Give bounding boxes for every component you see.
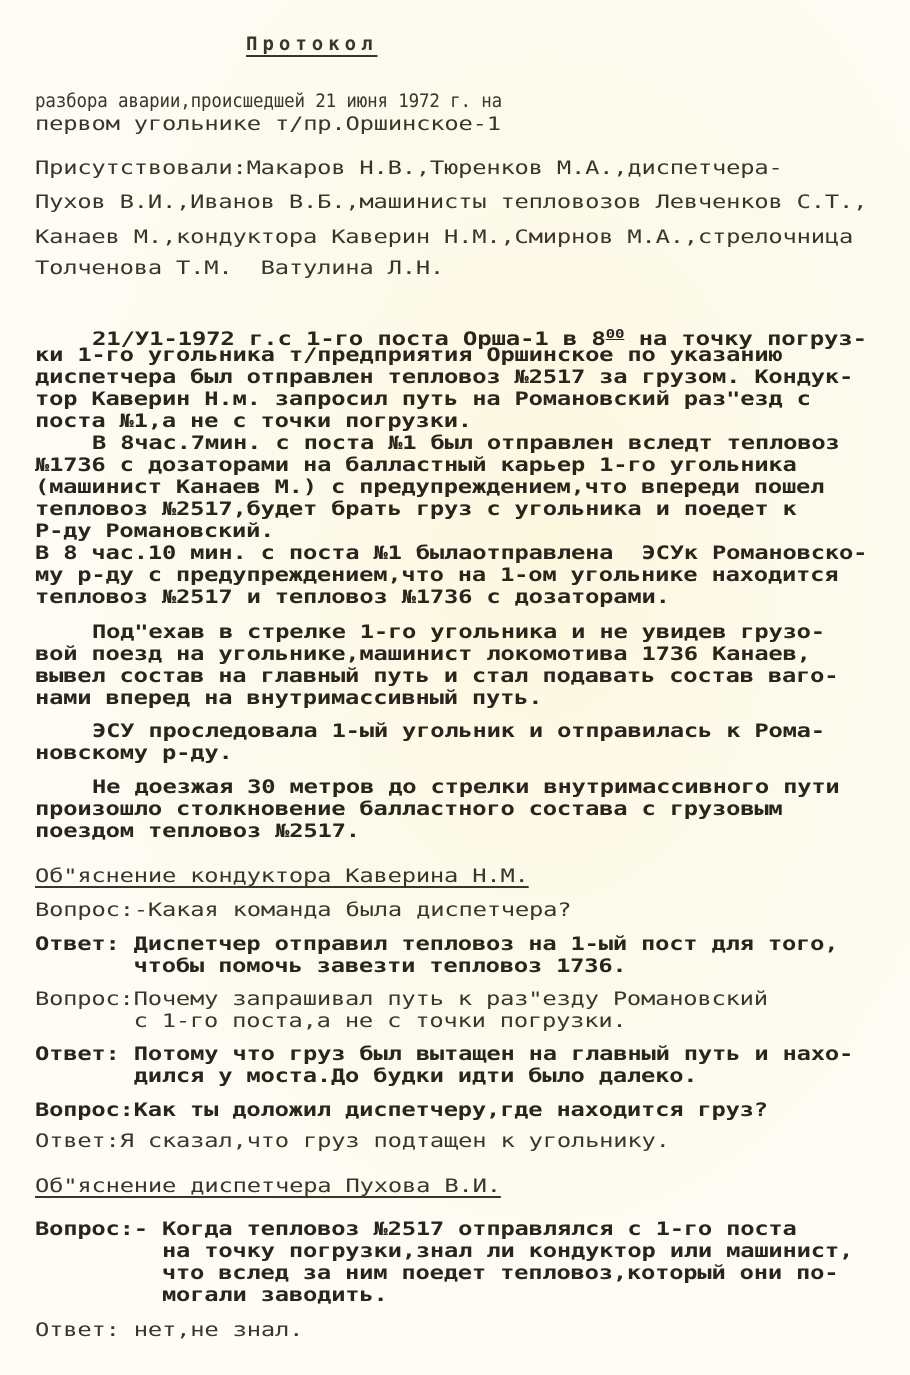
present-line-3: Канаев М.,кондуктора Каверин Н.М.,Смирно… [35,227,853,249]
narrative-p4-line-1: Под"ехав в стрелке 1-го угольника и не у… [92,622,825,644]
qa-answer-3: Ответ:Я сказал,что груз подтащен к уголь… [35,1131,670,1153]
narrative-p5-line-2: новскому р-ду. [35,743,233,765]
qa-answer-2-line-2: дился у моста.До будки идти было далеко. [35,1066,697,1088]
narrative-p2-line-1: В 8час.7мин. с поста №1 был отправлен вс… [92,433,840,455]
qa-answer-1-line-2: чтобы помочь завезти тепловоз 1736. [35,956,626,978]
typewritten-protocol-page: Протокол разбора аварии,происшедшей 21 и… [0,0,910,1375]
subtitle-line-2: первом угольнике т/пр.Оршинское-1 [35,114,501,136]
qa-answer-2-line-1: Ответ: Потому что груз был вытащен на гл… [35,1044,853,1066]
qa2-question-line-4: могали заводить. [35,1285,388,1307]
section-heading-dispatcher: Об"яснение диспетчера Пухова В.И. [35,1176,501,1198]
qa2-question-line-1: Вопрос:- Когда тепловоз №2517 отправлялс… [35,1219,797,1241]
narrative-p1-line-4: тор Каверин Н.м. запросил путь на Романо… [35,389,811,411]
qa2-question-line-2: на точку погрузки,знал ли кондуктор или … [35,1241,853,1263]
qa-question-3: Вопрос:Как ты доложил диспетчеру,где нах… [35,1100,768,1122]
qa-question-2-line-2: с 1-го поста,а не с точки погрузки. [35,1011,626,1033]
narrative-p1-line-3: диспетчера был отправлен тепловоз №2517 … [35,367,853,389]
narrative-p4-line-4: нами вперед на внутримассивный путь. [35,688,542,710]
narrative-p1-line-5: поста №1,а не с точки погрузки. [35,411,472,433]
narrative-p6-line-3: поездом тепловоз №2517. [35,821,360,843]
narrative-p1-line-2: ки 1-го угольника т/предприятия Оршинско… [35,345,783,367]
qa2-question-line-3: что вслед за ним поедет тепловоз,который… [35,1263,838,1285]
present-line-2: Пухов В.И.,Иванов В.Б.,машинисты теплово… [35,192,867,214]
present-line-4: Толченова Т.М. Ватулина Л.Н. [35,258,444,280]
document-title: Протокол [246,33,378,55]
qa2-answer: Ответ: нет,не знал. [35,1320,303,1342]
narrative-p3-line-1: В 8 час.10 мин. с поста №1 былаотправлен… [35,543,867,565]
narrative-p4-line-2: вой поезд на угольнике,машинист локомоти… [35,644,811,666]
qa-answer-1-line-1: Ответ: Диспетчер отправил тепловоз на 1-… [35,934,838,956]
narrative-p2-line-5: Р-ду Романовский. [35,521,274,543]
narrative-p2-line-4: тепловоз №2517,будет брать груз с угольн… [35,499,797,521]
narrative-p2-line-2: №1736 с дозаторами на балластный карьер … [35,455,797,477]
narrative-p4-line-3: вывел состав на главный путь и стал пода… [35,666,838,688]
narrative-p3-line-2: му р-ду с предупреждением,что на 1-ом уг… [35,565,838,587]
narrative-p2-line-3: (машинист Канаев М.) с предупреждением,ч… [35,477,824,499]
narrative-p3-line-3: тепловоз №2517 и тепловоз №1736 с дозато… [35,587,670,609]
qa-question-1: Вопрос:-Какая команда была диспетчера? [35,900,571,922]
qa-question-2-line-1: Вопрос:Почему запрашивал путь к раз"езду… [35,989,768,1011]
subtitle-line-1: разбора аварии,происшедшей 21 июня 1972 … [35,91,669,113]
narrative-p6-line-1: Не доезжая 30 метров до стрелки внутрима… [92,777,840,799]
narrative-p6-line-2: произошло столкновение балластного соста… [35,799,783,821]
section-heading-conductor: Об"яснение кондуктора Каверина Н.М. [35,866,529,888]
narrative-p5-line-1: ЭСУ проследовала 1-ый угольник и отправи… [92,721,825,743]
present-line-1: Присутствовали:Макаров Н.В.,Тюренков М.А… [35,158,783,180]
time-superscript: 00 [606,327,625,341]
